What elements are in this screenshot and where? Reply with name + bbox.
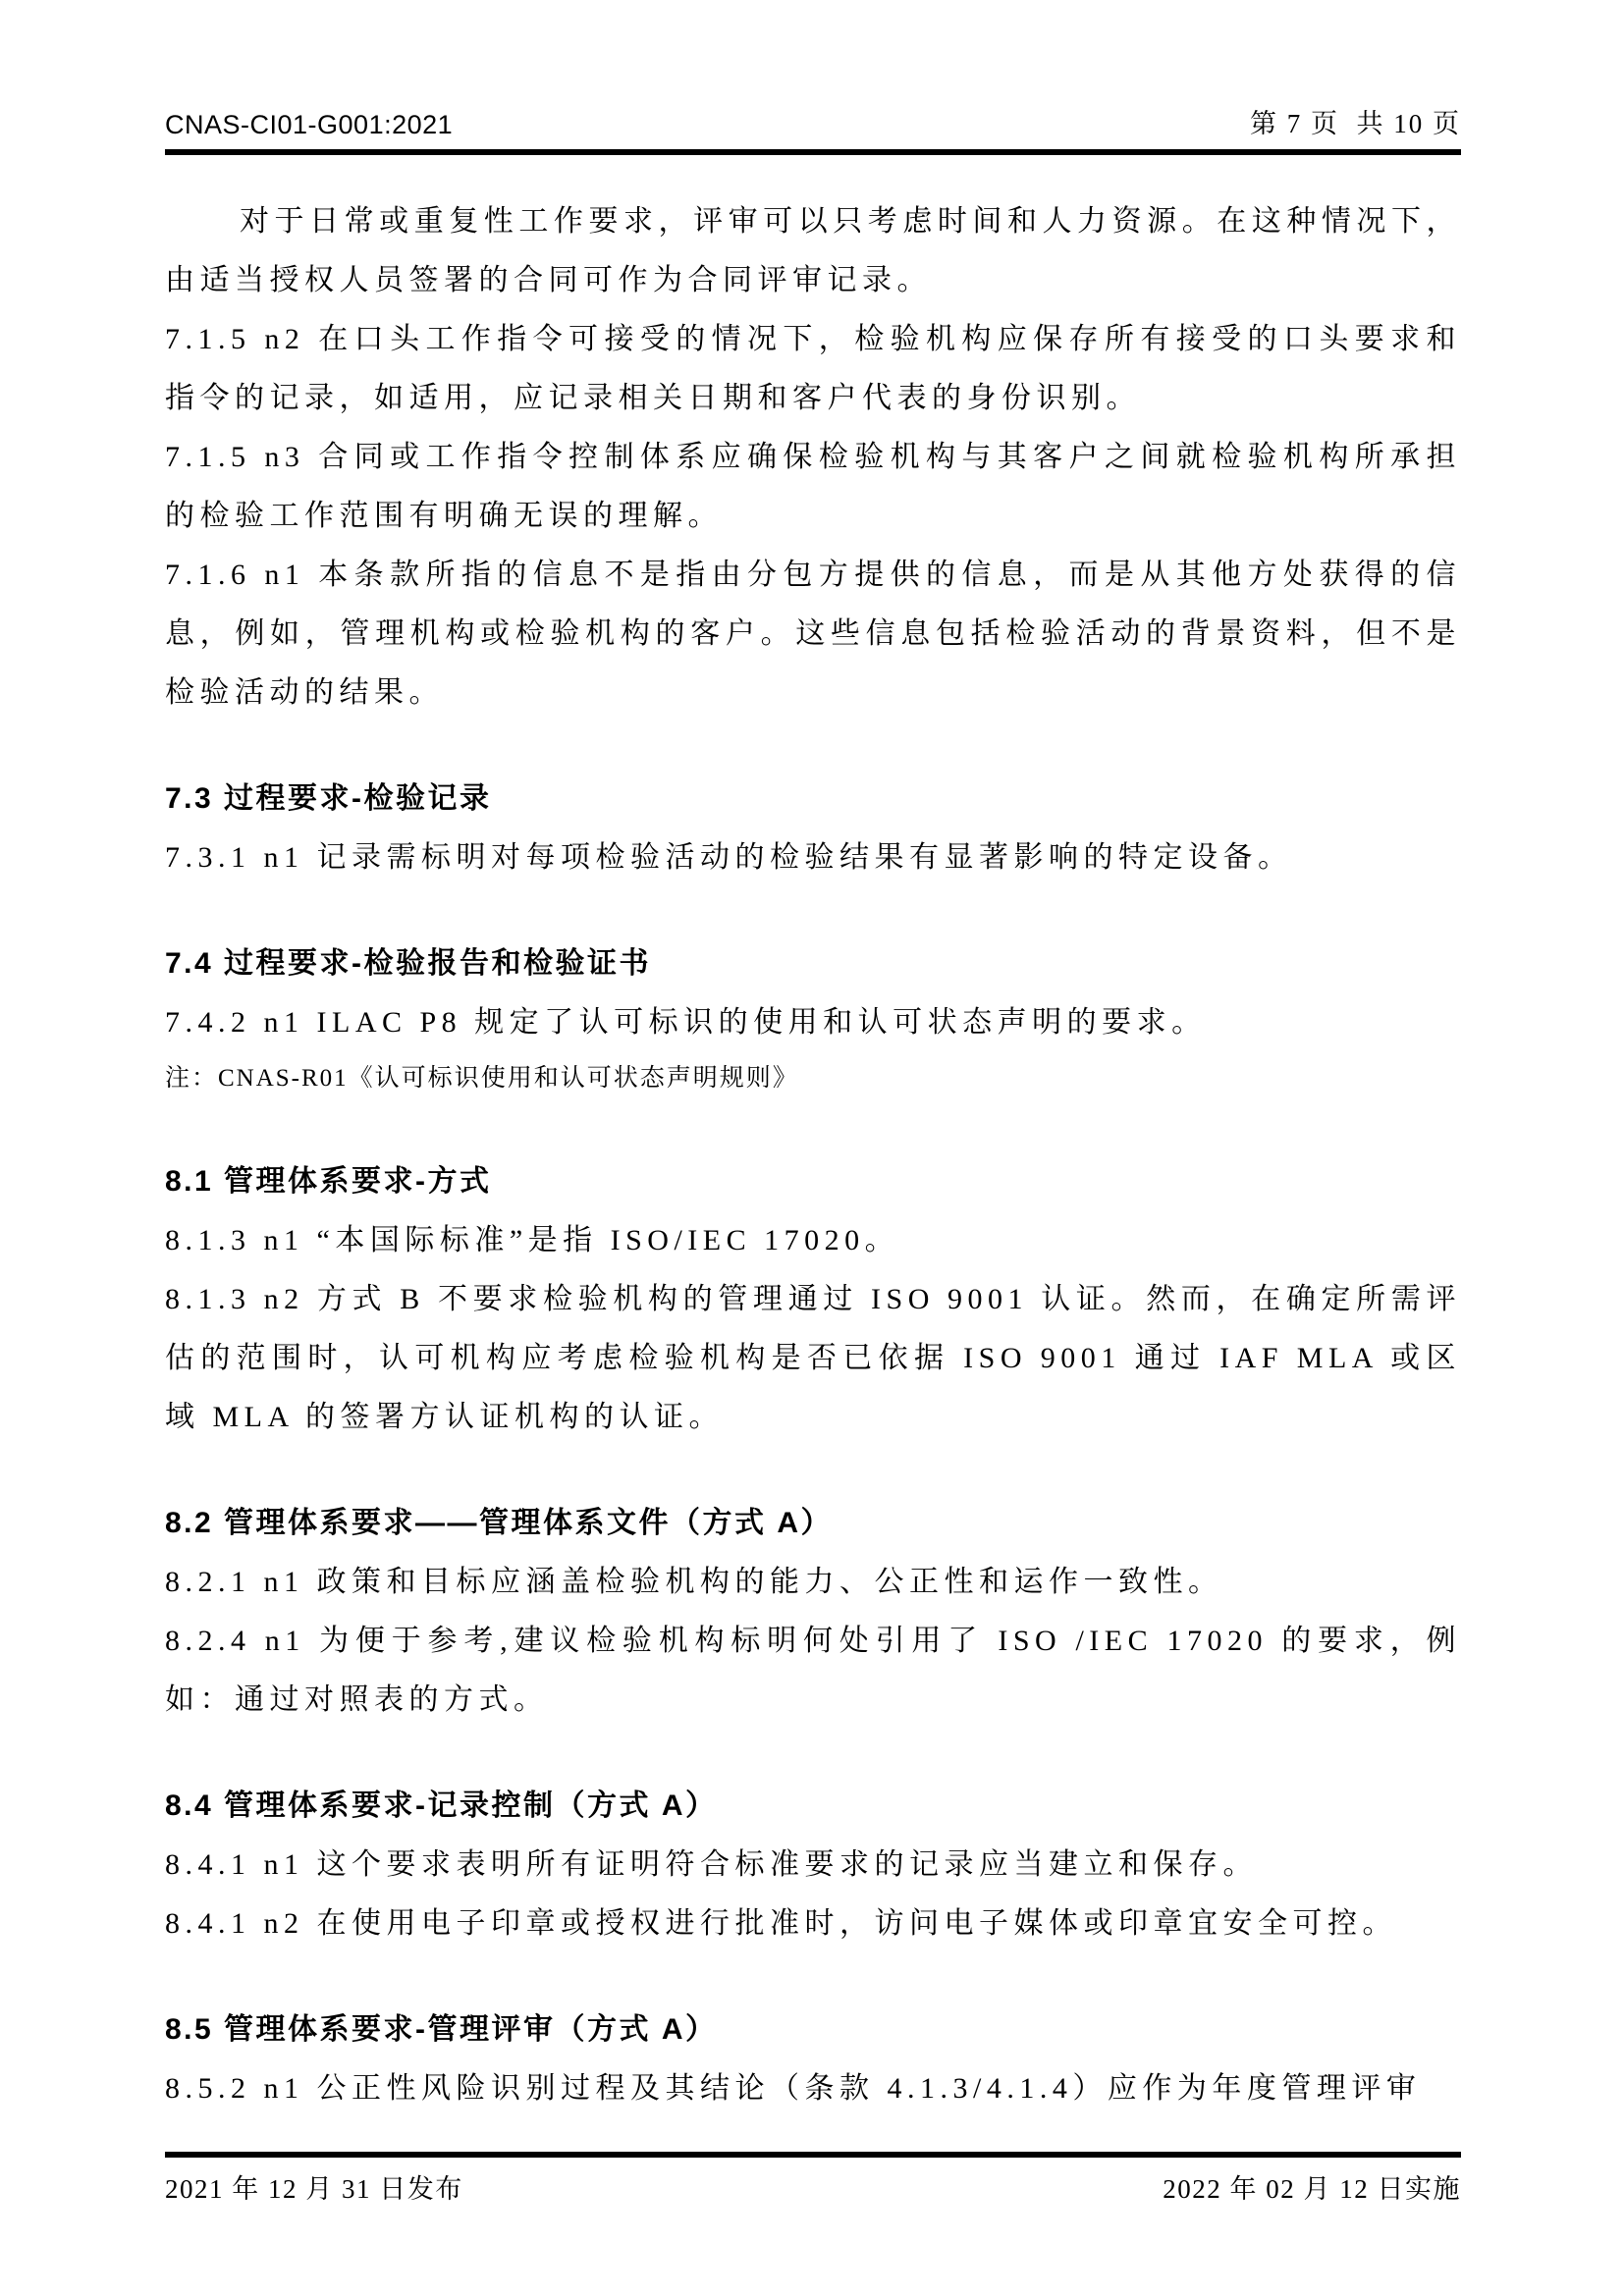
note-cnas-r01: 注：CNAS-R01《认可标识使用和认可状态声明规则》 <box>165 1052 1461 1105</box>
paragraph-7-3-1-n1: 7.3.1 n1 记录需标明对每项检验活动的检验结果有显著影响的特定设备。 <box>165 828 1461 887</box>
document-body: 对于日常或重复性工作要求，评审可以只考虑时间和人力资源。在这种情况下，由适当授权… <box>165 155 1461 2118</box>
paragraph-8-5-2-n1: 8.5.2 n1 公正性风险识别过程及其结论（条款 4.1.3/4.1.4）应作… <box>165 2059 1461 2118</box>
release-date: 2021 年 12 月 31 日发布 <box>165 2167 463 2206</box>
paragraph-8-4-1-n2: 8.4.1 n2 在使用电子印章或授权进行批准时，访问电子媒体或印章宜安全可控。 <box>165 1895 1461 1953</box>
heading-7-3: 7.3 过程要求-检验记录 <box>165 770 1461 828</box>
footer-rule <box>165 2152 1461 2158</box>
paragraph-7-1-6-n1: 7.1.6 n1 本条款所指的信息不是指由分包方提供的信息，而是从其他方处获得的… <box>165 546 1461 722</box>
page-footer: 2021 年 12 月 31 日发布 2022 年 02 月 12 日实施 <box>165 2167 1461 2206</box>
paragraph-8-2-1-n1: 8.2.1 n1 政策和目标应涵盖检验机构的能力、公正性和运作一致性。 <box>165 1553 1461 1612</box>
heading-8-1: 8.1 管理体系要求-方式 <box>165 1152 1461 1211</box>
paragraph-7-1-5-n2: 7.1.5 n2 在口头工作指令可接受的情况下，检验机构应保存所有接受的口头要求… <box>165 310 1461 428</box>
page-number: 第 7 页 共 10 页 <box>1250 102 1461 140</box>
paragraph-8-4-1-n1: 8.4.1 n1 这个要求表明所有证明符合标准要求的记录应当建立和保存。 <box>165 1836 1461 1895</box>
document-page: { "header": { "doc_code": "CNAS-CI01-G00… <box>0 0 1624 2296</box>
heading-8-5: 8.5 管理体系要求-管理评审（方式 A） <box>165 2001 1461 2059</box>
paragraph-8-1-3-n2: 8.1.3 n2 方式 B 不要求检验机构的管理通过 ISO 9001 认证。然… <box>165 1270 1461 1447</box>
paragraph-8-2-4-n1: 8.2.4 n1 为便于参考,建议检验机构标明何处引用了 ISO /IEC 17… <box>165 1612 1461 1730</box>
page-frame: CNAS-CI01-G001:2021 第 7 页 共 10 页 对于日常或重复… <box>165 0 1461 2118</box>
heading-8-4: 8.4 管理体系要求-记录控制（方式 A） <box>165 1777 1461 1836</box>
paragraph-contract-review: 对于日常或重复性工作要求，评审可以只考虑时间和人力资源。在这种情况下，由适当授权… <box>165 192 1461 310</box>
heading-7-4: 7.4 过程要求-检验报告和检验证书 <box>165 934 1461 993</box>
document-code: CNAS-CI01-G001:2021 <box>165 110 453 140</box>
paragraph-8-1-3-n1: 8.1.3 n1 “本国际标准”是指 ISO/IEC 17020。 <box>165 1211 1461 1270</box>
page-header: CNAS-CI01-G001:2021 第 7 页 共 10 页 <box>165 0 1461 140</box>
paragraph-7-1-5-n3: 7.1.5 n3 合同或工作指令控制体系应确保检验机构与其客户之间就检验机构所承… <box>165 428 1461 546</box>
implement-date: 2022 年 02 月 12 日实施 <box>1163 2167 1461 2206</box>
paragraph-7-4-2-n1: 7.4.2 n1 ILAC P8 规定了认可标识的使用和认可状态声明的要求。 <box>165 993 1461 1052</box>
heading-8-2: 8.2 管理体系要求——管理体系文件（方式 A） <box>165 1494 1461 1553</box>
